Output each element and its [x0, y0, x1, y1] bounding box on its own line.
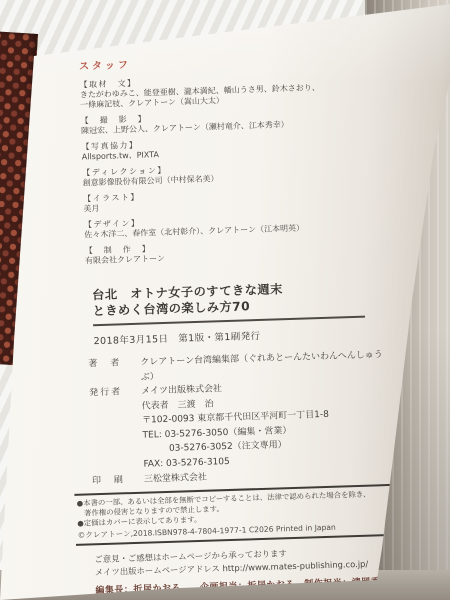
staff-group-direction: 【ディレクション】 創意影像股份有限公司（中村保名美） [82, 159, 387, 189]
staff-group-illustration: 【イラスト】 美月 [83, 185, 388, 215]
staff-group-photo-cooperation: 【写真協力】 Allsports.tw、PIXTA [81, 133, 386, 163]
book-title-block: 台北 オトナ女子のすてきな週末 ときめく台湾の楽しみ方70 [92, 278, 392, 326]
author-label: 著 者 [88, 356, 127, 386]
printer-label: 印 刷 [92, 473, 130, 489]
staff-group-production: 【 制 作 】 有限会社クレアトーン [85, 237, 390, 267]
staff-group-design: 【デザイン】 佐々木洋二、春作室（北村彰介）、クレアトーン（江本明英） [84, 211, 389, 241]
publication-info: 著 者 クレアトーン台湾編集部（ぐれあとーんたいわんへんしゅうぶ） 発行者 メイ… [88, 348, 397, 489]
copyright-notice-box: ●本書の一部、あるいは全部を無断でコピーすることは、法律で認められた場合を除き、… [74, 483, 409, 546]
colophon-page: スタッフ 【取材 文】 きたがわゆみこ、能登亜樹、瀧本満紀、幡山うさ男、鈴木さお… [0, 0, 450, 600]
book-photo: スタッフ 【取材 文】 きたがわゆみこ、能登亜樹、瀧本満紀、幡山うさ男、鈴木さお… [0, 0, 450, 600]
staff-heading: スタッフ [79, 48, 384, 73]
colophon-content: スタッフ 【取材 文】 きたがわゆみこ、能登亜樹、瀧本満紀、幡山うさ男、鈴木さお… [79, 48, 401, 598]
edition-date-line: 2018年3月15日 第1版・第1刷発行 [93, 324, 392, 347]
staff-group-interview-text: 【取材 文】 きたがわゆみこ、能登亜樹、瀧本満紀、幡山うさ男、鈴木さおり、 一條… [79, 71, 385, 111]
staff-group-photography: 【 撮 影 】 陳冠宏、上野公人、クレアトーン（瀬村竜介、江本秀幸） [81, 107, 386, 137]
printer-value: 三松堂株式会社 [144, 471, 207, 487]
publisher-label: 発行者 [89, 385, 127, 401]
